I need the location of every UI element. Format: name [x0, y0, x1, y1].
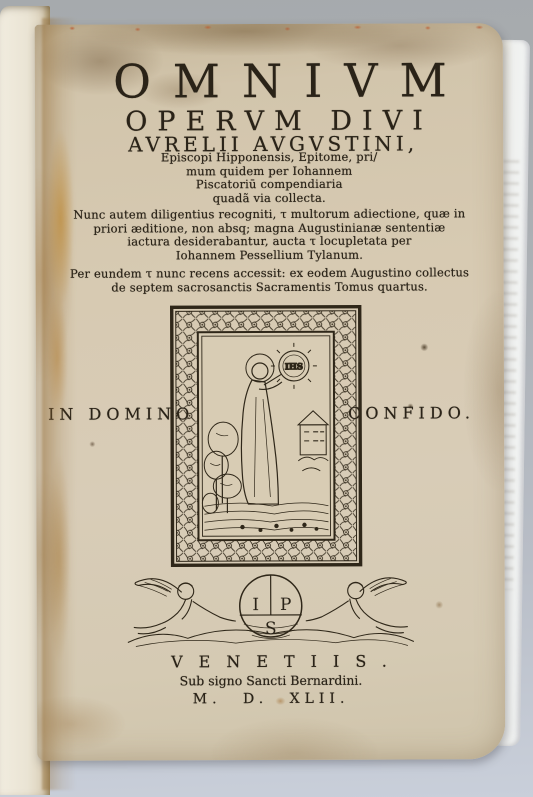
subtitle-block: Episcopi Hipponensis, Epitome, pri/ mum …	[35, 150, 503, 206]
ips-globe: I P S	[240, 575, 302, 639]
imprint-date: M. D. XLII.	[37, 691, 505, 707]
saint-woodcut: IHS	[170, 305, 363, 568]
title-page: OMNIVM OPERVM DIVI AVRELII AVGVSTINI, Ep…	[35, 23, 506, 761]
accession-line: de septem sacrosanctis Sacramentis Tomus…	[36, 280, 504, 295]
device-letter-i: I	[252, 595, 259, 615]
cherub-body	[162, 599, 192, 623]
ihs-monogram: IHS	[285, 362, 303, 372]
imprint-place: VENETIIS.	[37, 653, 521, 671]
accession-block: Per eundem τ nunc recens accessit: ex eo…	[36, 266, 504, 295]
book-photo: OMNIVM OPERVM DIVI AVRELII AVGVSTINI, Ep…	[0, 0, 533, 797]
motto-right: CONFIDO.	[348, 405, 475, 421]
notice-line: Iohannem Pessellium Tylanum.	[36, 248, 504, 263]
wing	[135, 579, 182, 593]
subtitle-line: quadã via collecta.	[35, 191, 503, 206]
red-edge-speckles	[35, 23, 503, 34]
cherub	[134, 578, 236, 634]
main-title: OMNIVM	[35, 57, 525, 105]
device-letter-p: P	[280, 595, 292, 615]
device-letter-s: S	[265, 619, 277, 639]
imprint-sign: Sub signo Sancti Bernardini.	[37, 674, 505, 688]
notice-block: Nunc autem diligentius recogniti, τ mult…	[35, 207, 503, 263]
printer-device: I P S	[126, 567, 416, 650]
cherub-legs	[134, 623, 166, 634]
cherub-arm	[193, 601, 236, 621]
